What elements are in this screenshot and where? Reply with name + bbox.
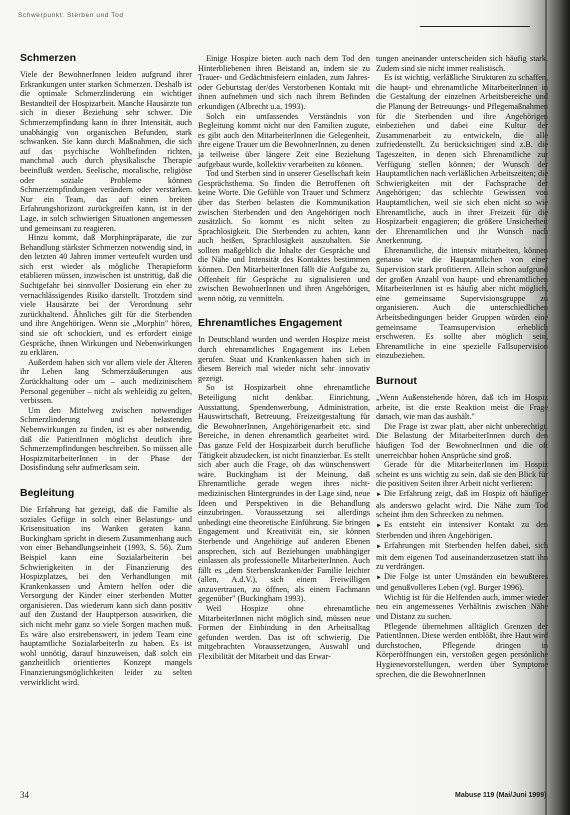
issue-label: Mabuse 119 (Mai/Juni 1999) [455, 792, 546, 799]
bullet-item: ►Es entsteht ein intensiver Kontakt zu d… [376, 520, 548, 541]
section-heading-begleitung: Begleitung [20, 487, 192, 500]
paragraph: Außerdem haben sich vor allem viele der … [20, 358, 192, 406]
paragraph: Weil Hospize ohne ehrenamtliche Mitarbei… [198, 604, 370, 662]
triangle-bullet-icon: ► [376, 543, 384, 553]
paragraph: Viele der BewohnerInnen leiden aufgrund … [20, 70, 192, 233]
triangle-bullet-icon: ► [376, 574, 384, 584]
triangle-bullet-icon: ► [376, 522, 384, 532]
paragraph: tungen aneinander unterscheiden sich häu… [376, 54, 548, 73]
triangle-bullet-icon: ► [376, 491, 384, 501]
column-2: Einige Hospize bieten auch nach dem Tod … [198, 54, 370, 662]
column-1: Schmerzen Viele der BewohnerInnen leiden… [20, 52, 192, 687]
paragraph: Einige Hospize bieten auch nach dem Tod … [198, 54, 370, 112]
quote-paragraph: „Wenn Außenstehende hören, daß ich im Ho… [376, 393, 548, 422]
bullet-item: ►Die Erfahrung zeigt, daß im Hospiz oft … [376, 489, 548, 520]
paragraph: Gerade für die MitarbeiterInnen im Hospi… [376, 460, 548, 489]
section-heading-burnout: Burnout [376, 375, 548, 388]
bullet-item: ►Erfahrungen mit Sterbenden helfen dabei… [376, 541, 548, 572]
running-head: Schwerpunkt: Sterben und Tod [18, 12, 124, 19]
paragraph: Um den Mittelweg zwischen notwendiger Sc… [20, 406, 192, 473]
paragraph: Es ist wichtig, verläßliche Strukturen z… [376, 73, 548, 246]
section-heading-ehrenamtliches-engagement: Ehrenamtliches Engagement [198, 317, 370, 330]
paragraph: Tod und Sterben sind in unserer Gesellsc… [198, 169, 370, 303]
header-rule [420, 26, 530, 27]
column-3: tungen aneinander unterscheiden sich häu… [376, 54, 548, 679]
paragraph: Wichtig ist für die Helfenden auch, imme… [376, 593, 548, 622]
paragraph: Die Erfahrung hat gezeigt, daß die Famil… [20, 505, 192, 687]
paragraph: So ist Hospizarbeit ohne ehrenamtliche B… [198, 383, 370, 604]
section-heading-schmerzen: Schmerzen [20, 52, 192, 65]
paragraph: Pflegende übernehmen alltäglich Grenzen … [376, 622, 548, 680]
magazine-page: Schwerpunkt: Sterben und Tod Schmerzen V… [0, 0, 570, 815]
paragraph: Die Frage ist zwar platt, aber nicht unb… [376, 422, 548, 460]
book-spine-line [545, 0, 547, 815]
page-number: 34 [20, 790, 29, 800]
paragraph: Hinzu kommt, daß Morphinpräparate, die z… [20, 233, 192, 358]
bullet-item: ►Die Folge ist unter Umständen ein bewuß… [376, 572, 548, 593]
paragraph: Ehrenamtliche, die intensiv mitarbeiten,… [376, 246, 548, 361]
paragraph: Solch ein umfassendes Verständnis von Be… [198, 112, 370, 170]
paragraph: In Deutschland wurden und werden Hospize… [198, 335, 370, 383]
